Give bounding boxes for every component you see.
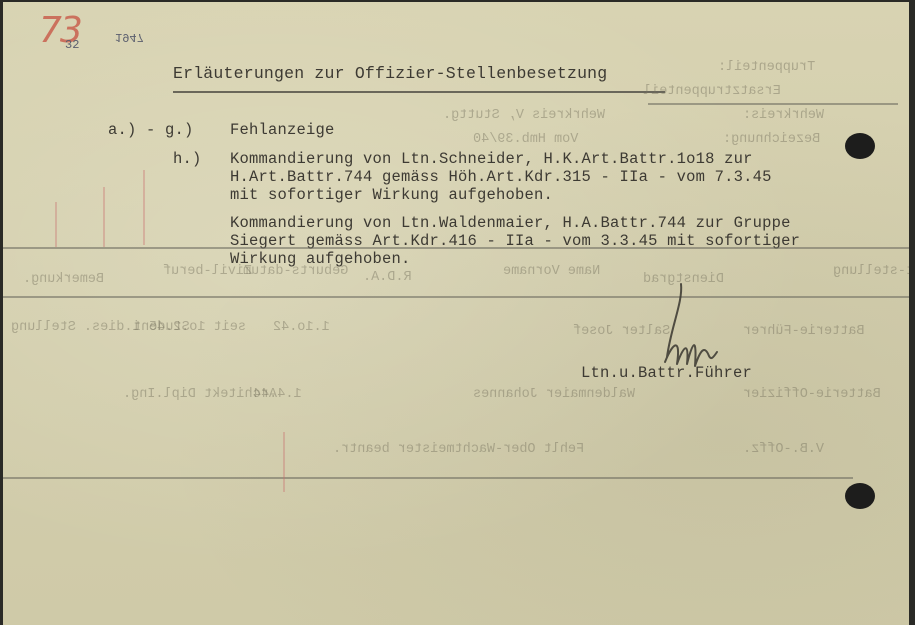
- red-pencil-mark: [55, 202, 57, 247]
- bleed-through-text: Bemerkung.: [23, 272, 104, 287]
- bleed-through-text: seit 1o.2.45 i.dies. Stellung: [11, 320, 246, 335]
- bleed-through-text: V.B.-Offz.: [743, 442, 824, 457]
- bleed-through-text: Name Vorname: [503, 264, 600, 279]
- bleed-through-text: Batterie-Offizier: [743, 387, 881, 402]
- punch-hole: [845, 133, 875, 159]
- bleed-through-text: Ersatztruppenteil: [643, 84, 781, 99]
- bleed-through-text: Wehrkreis:: [743, 108, 824, 123]
- bleed-through-text: Vom Hmb.39/40: [473, 132, 578, 147]
- bleed-through-text: Waldenmaier Johannes: [473, 387, 635, 402]
- bleed-through-text: Zivil-beruf: [163, 264, 252, 279]
- red-pencil-mark: [283, 432, 285, 492]
- mirrored-year-mark: 1947: [115, 30, 144, 44]
- bleed-through-text: Architekt Dipl.Ing.: [123, 387, 277, 402]
- title-underline: [173, 91, 665, 93]
- bleed-through-text: Batterie-Führer: [743, 324, 865, 339]
- bleed-through-text: 1.1o.42: [273, 320, 330, 335]
- bleed-through-rule: [648, 103, 898, 105]
- document-title: Erläuterungen zur Offizier-Stellenbesetz…: [173, 64, 607, 83]
- red-pencil-mark: [143, 170, 145, 245]
- signature: [653, 282, 743, 377]
- bleed-through-rule: [3, 247, 909, 249]
- typed-page-number: 32: [65, 38, 79, 52]
- section-label-h: h.): [173, 150, 202, 168]
- bleed-through-text: Fehlt Ober-Wachtmeister beantr.: [333, 442, 584, 457]
- bleed-through-text: Wehrkreis V, Stuttg.: [443, 108, 605, 123]
- section-h-line-3: mit sofortiger Wirkung aufgehoben.: [230, 186, 553, 204]
- section-h-line-2: H.Art.Battr.744 gemäss Höh.Art.Kdr.315 -…: [230, 168, 772, 186]
- bleed-through-text: Geburts-datum: [243, 264, 348, 279]
- punch-hole: [845, 483, 875, 509]
- red-pencil-mark: [103, 187, 105, 247]
- bleed-through-text: Bezeichnung:: [723, 132, 820, 147]
- bleed-through-rule: [3, 296, 909, 298]
- section-label-a-g: a.) - g.): [108, 121, 194, 139]
- section-h2-line-1: Kommandierung von Ltn.Waldenmaier, H.A.B…: [230, 214, 791, 232]
- bleed-through-text: R.D.A.: [363, 270, 412, 285]
- section-h-line-1: Kommandierung von Ltn.Schneider, H.K.Art…: [230, 150, 753, 168]
- document-page: 73 32 1947 Erläuterungen zur Offizier-St…: [3, 2, 909, 625]
- bleed-through-text: Truppenteil:: [718, 60, 815, 75]
- bleed-through-rule: [3, 477, 853, 479]
- signature-title: Ltn.u.Battr.Führer: [581, 364, 752, 382]
- section-text-a-g: Fehlanzeige: [230, 121, 335, 139]
- bleed-through-text: Dienst-stellung: [833, 264, 909, 279]
